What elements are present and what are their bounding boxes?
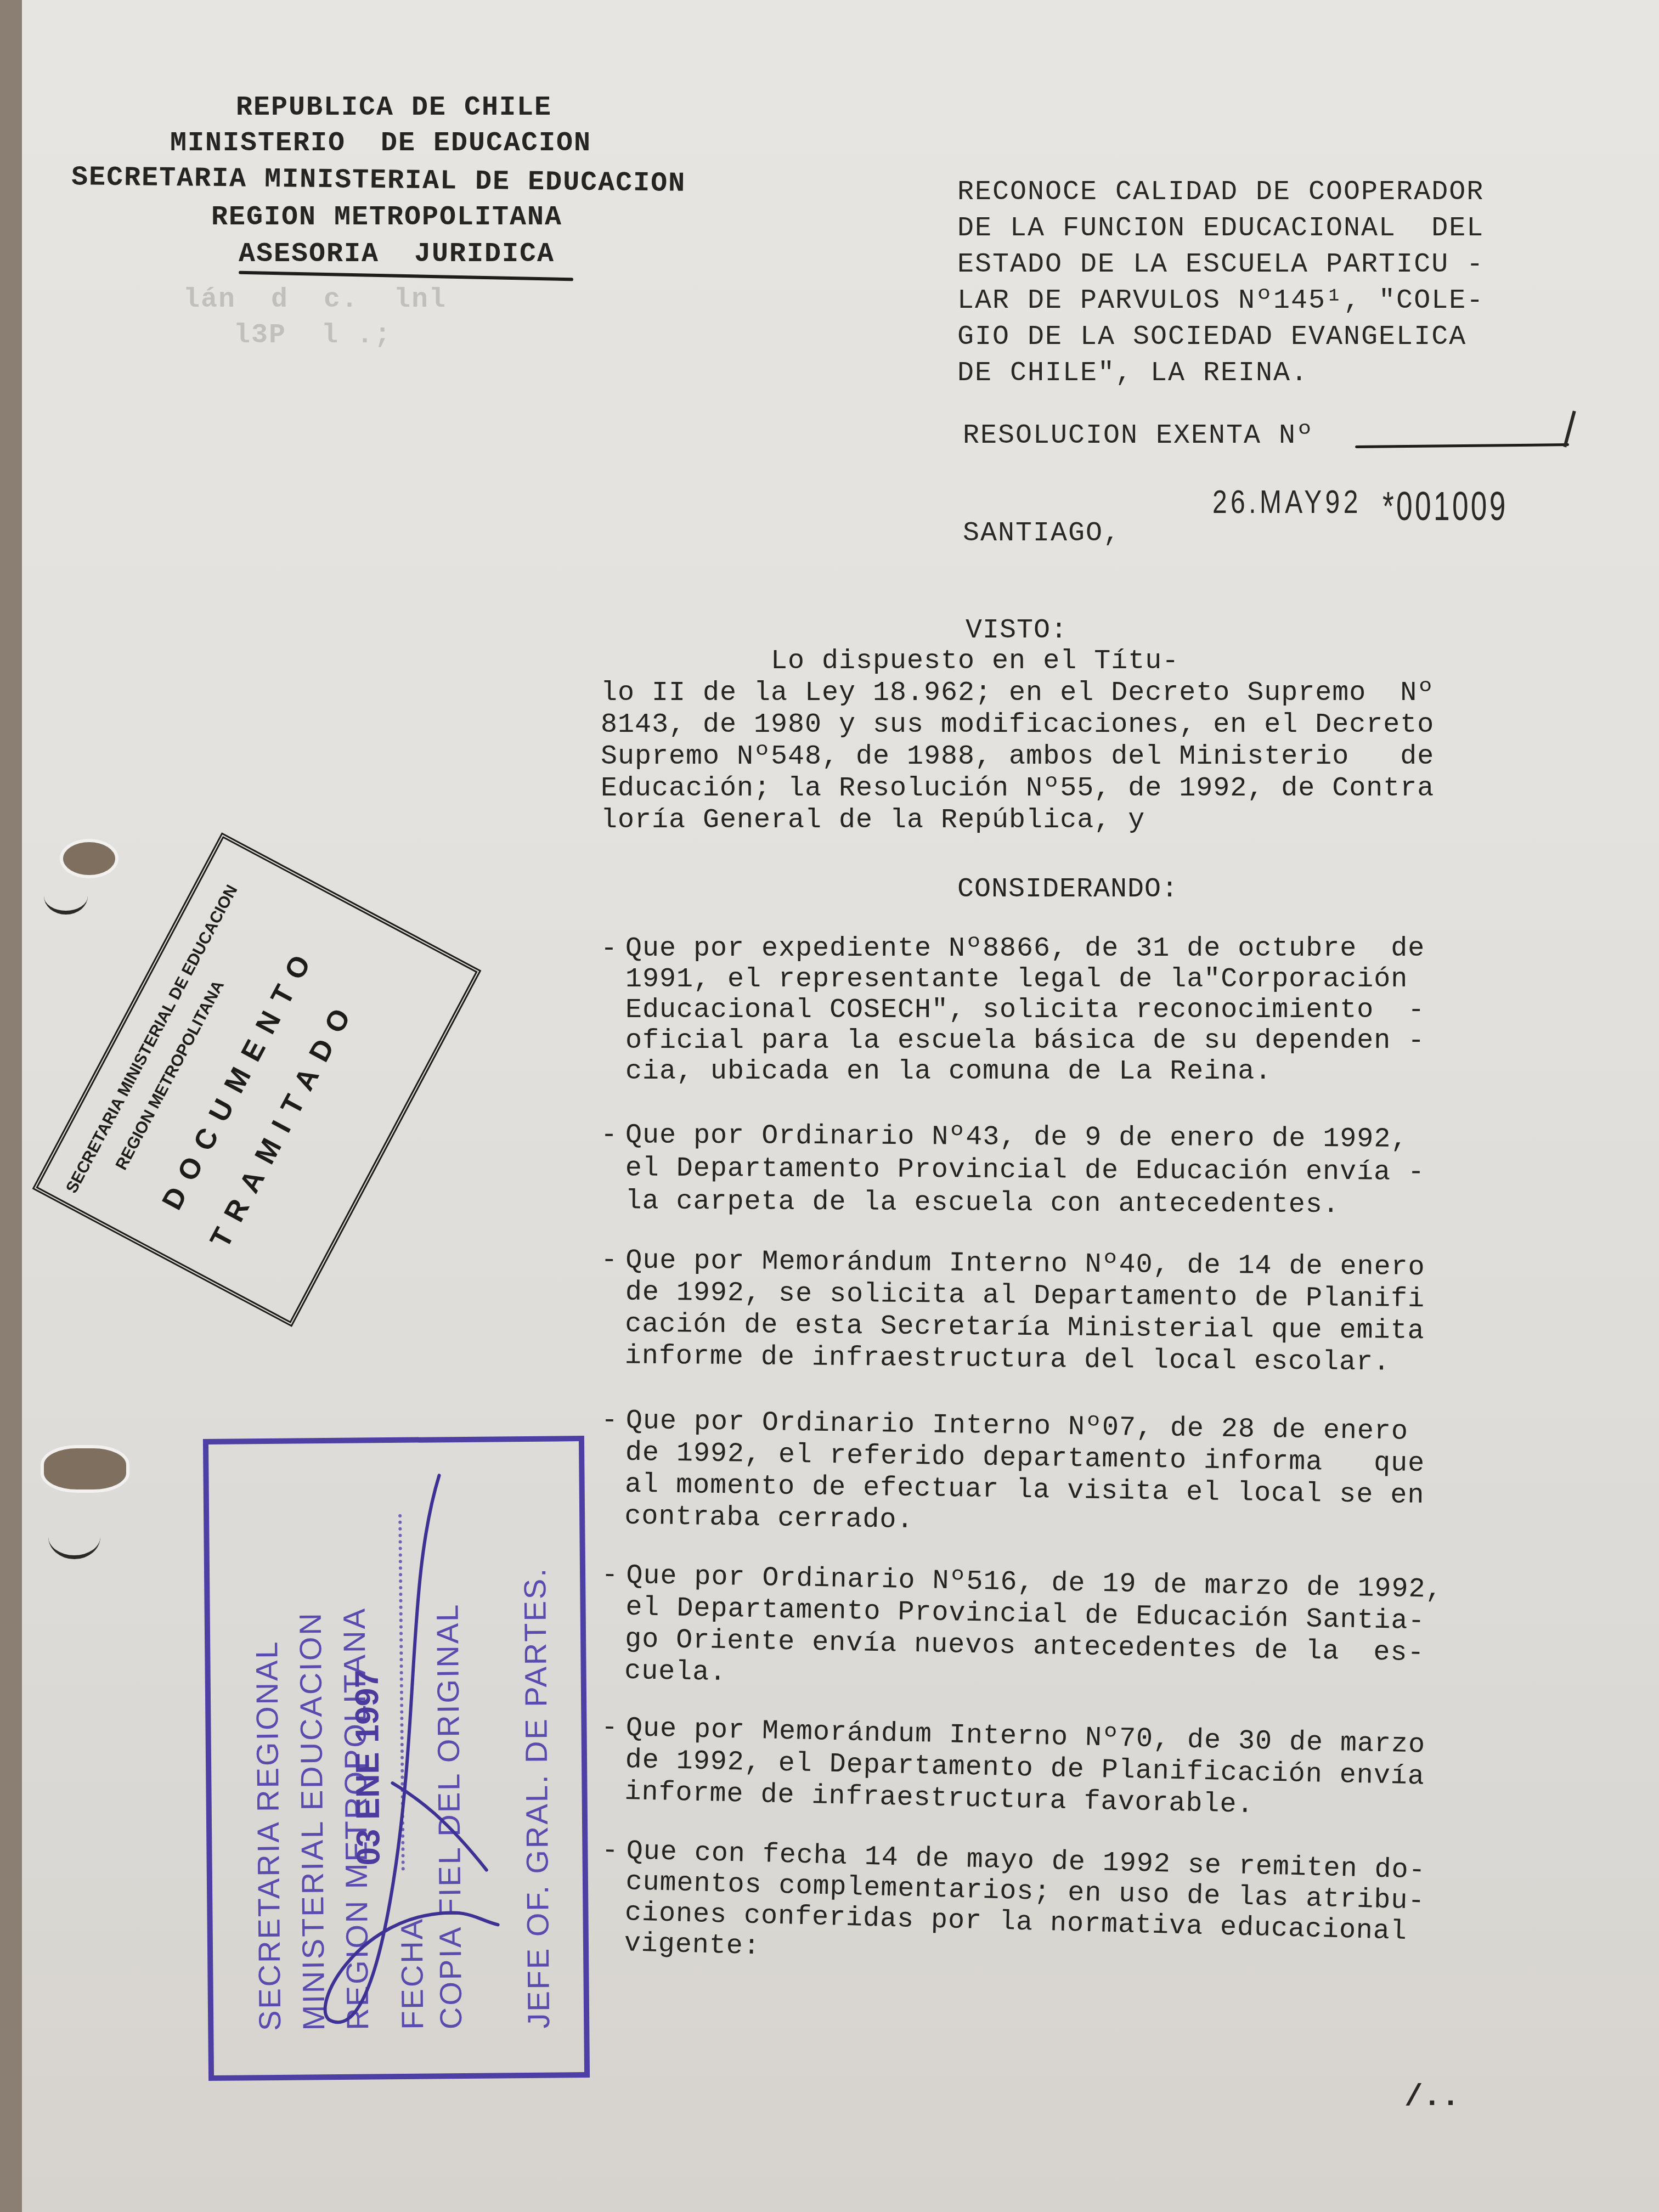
resolution-slash: [1563, 410, 1576, 447]
letterhead-line-asesoria: ASESORIA JURIDICA: [239, 237, 555, 272]
visto-line: Lo dispuesto en el Títu-: [601, 645, 1179, 678]
letterhead-line-ministerio: MINISTERIO DE EDUCACION: [170, 126, 591, 161]
stamp-documento-tramitado: SECRETARIA MINISTERIAL DE EDUCACION REGI…: [32, 832, 482, 1327]
signature-icon: [208, 1441, 584, 2075]
resolution-label: RESOLUCION EXENTA Nº: [963, 418, 1314, 454]
bullet-dash: -: [601, 1244, 618, 1277]
bullet-dash: -: [601, 1712, 618, 1745]
punch-hole: [44, 1448, 126, 1489]
ghost-text: lán d c. lnl: [148, 283, 447, 318]
bullet-dash: -: [601, 1835, 619, 1868]
subject-line: DE CHILE", LA REINA.: [957, 356, 1308, 392]
bullet-dash: -: [601, 1404, 618, 1437]
subject-line: DE LA FUNCION EDUCACIONAL DEL: [957, 211, 1484, 247]
bullet-dash: -: [601, 1559, 619, 1593]
ghost-text: l3P l .;: [181, 318, 392, 353]
resolution-stamp-number: *001009: [1383, 483, 1508, 529]
stamp-copia-fiel: SECRETARIA REGIONAL MINISTERIAL EDUCACIO…: [203, 1436, 590, 2081]
visto-line: Supremo Nº548, de 1988, ambos del Minist…: [601, 741, 1434, 774]
considerando-item: - Que por Memorándum Interno Nº70, de 30…: [59, 0, 1659, 22]
item-line: Que por Ordinario Nº43, de 9 de enero de…: [625, 1119, 1408, 1156]
subject-line: ESTADO DE LA ESCUELA PARTICU -: [957, 247, 1484, 283]
bullet-dash: -: [601, 933, 618, 966]
visto-line: 8143, de 1980 y sus modificaciones, en e…: [601, 709, 1434, 742]
item-line: cia, ubicada en la comuna de La Reina.: [625, 1056, 1272, 1088]
item-line: Educacional COSECH", solicita reconocimi…: [625, 994, 1425, 1027]
item-line: la carpeta de la escuela con antecedente…: [625, 1185, 1340, 1222]
visto-line: lo II de la Ley 18.962; en el Decreto Su…: [601, 677, 1434, 710]
resolution-number-blank: [1355, 443, 1569, 448]
letterhead-line-republica: REPUBLICA DE CHILE: [236, 91, 552, 126]
visto-line: loría General de la República, y: [601, 804, 1145, 837]
considerando-item: - Que por Memorándum Interno Nº40, de 14…: [33, 0, 1659, 9]
punch-hole-ring: [48, 1514, 100, 1559]
subject-line: RECONOCE CALIDAD DE COOPERADOR: [957, 174, 1484, 211]
letterhead-line-region: REGION METROPOLITANA: [211, 200, 562, 235]
item-line: informe de infraestructura del local esc…: [625, 1340, 1391, 1379]
item-line: oficial para la escuela básica de su dep…: [625, 1025, 1425, 1058]
item-line: contraba cerrado.: [624, 1500, 914, 1537]
considerando-heading: CONSIDERANDO:: [957, 873, 1178, 906]
considerando-item: - Que por Ordinario Nº43, de 9 de enero …: [28, 0, 1659, 5]
considerando-item: - Que con fecha 14 de mayo de 1992 se re…: [69, 0, 1659, 26]
item-line: Que por expediente Nº8866, de 31 de octu…: [625, 933, 1425, 966]
bullet-dash: -: [601, 1119, 618, 1152]
document-page: REPUBLICA DE CHILE MINISTERIO DE EDUCACI…: [22, 0, 1659, 2212]
item-line: vigente:: [624, 1927, 760, 1963]
subject-line: LAR DE PARVULOS Nº145¹, "COLE-: [957, 283, 1484, 319]
item-line: cuela.: [624, 1655, 727, 1690]
resolution-stamp-date: 26.MAY92: [1212, 483, 1362, 521]
visto-line: Educación; la Resolución Nº55, de 1992, …: [601, 772, 1434, 805]
item-line: el Departamento Provincial de Educación …: [625, 1152, 1425, 1189]
letterhead-line-secretaria: SECRETARIA MINISTERIAL DE EDUCACION: [71, 160, 686, 202]
visto-heading: VISTO:: [966, 614, 1068, 647]
place-santiago: SANTIAGO,: [963, 516, 1121, 552]
punch-hole: [63, 842, 115, 875]
considerando-item: - Que por Ordinario Nº516, de 19 de marz…: [50, 0, 1659, 19]
letterhead-underline: [239, 271, 573, 281]
punch-hole-ring: [44, 878, 88, 915]
item-line: 1991, el representante legal de la"Corpo…: [625, 963, 1408, 996]
considerando-item: - Que por Ordinario Interno Nº07, de 28 …: [42, 0, 1659, 15]
subject-line: GIO DE LA SOCIEDAD EVANGELICA: [957, 319, 1466, 356]
page-continuation-mark: /..: [1404, 2079, 1460, 2114]
